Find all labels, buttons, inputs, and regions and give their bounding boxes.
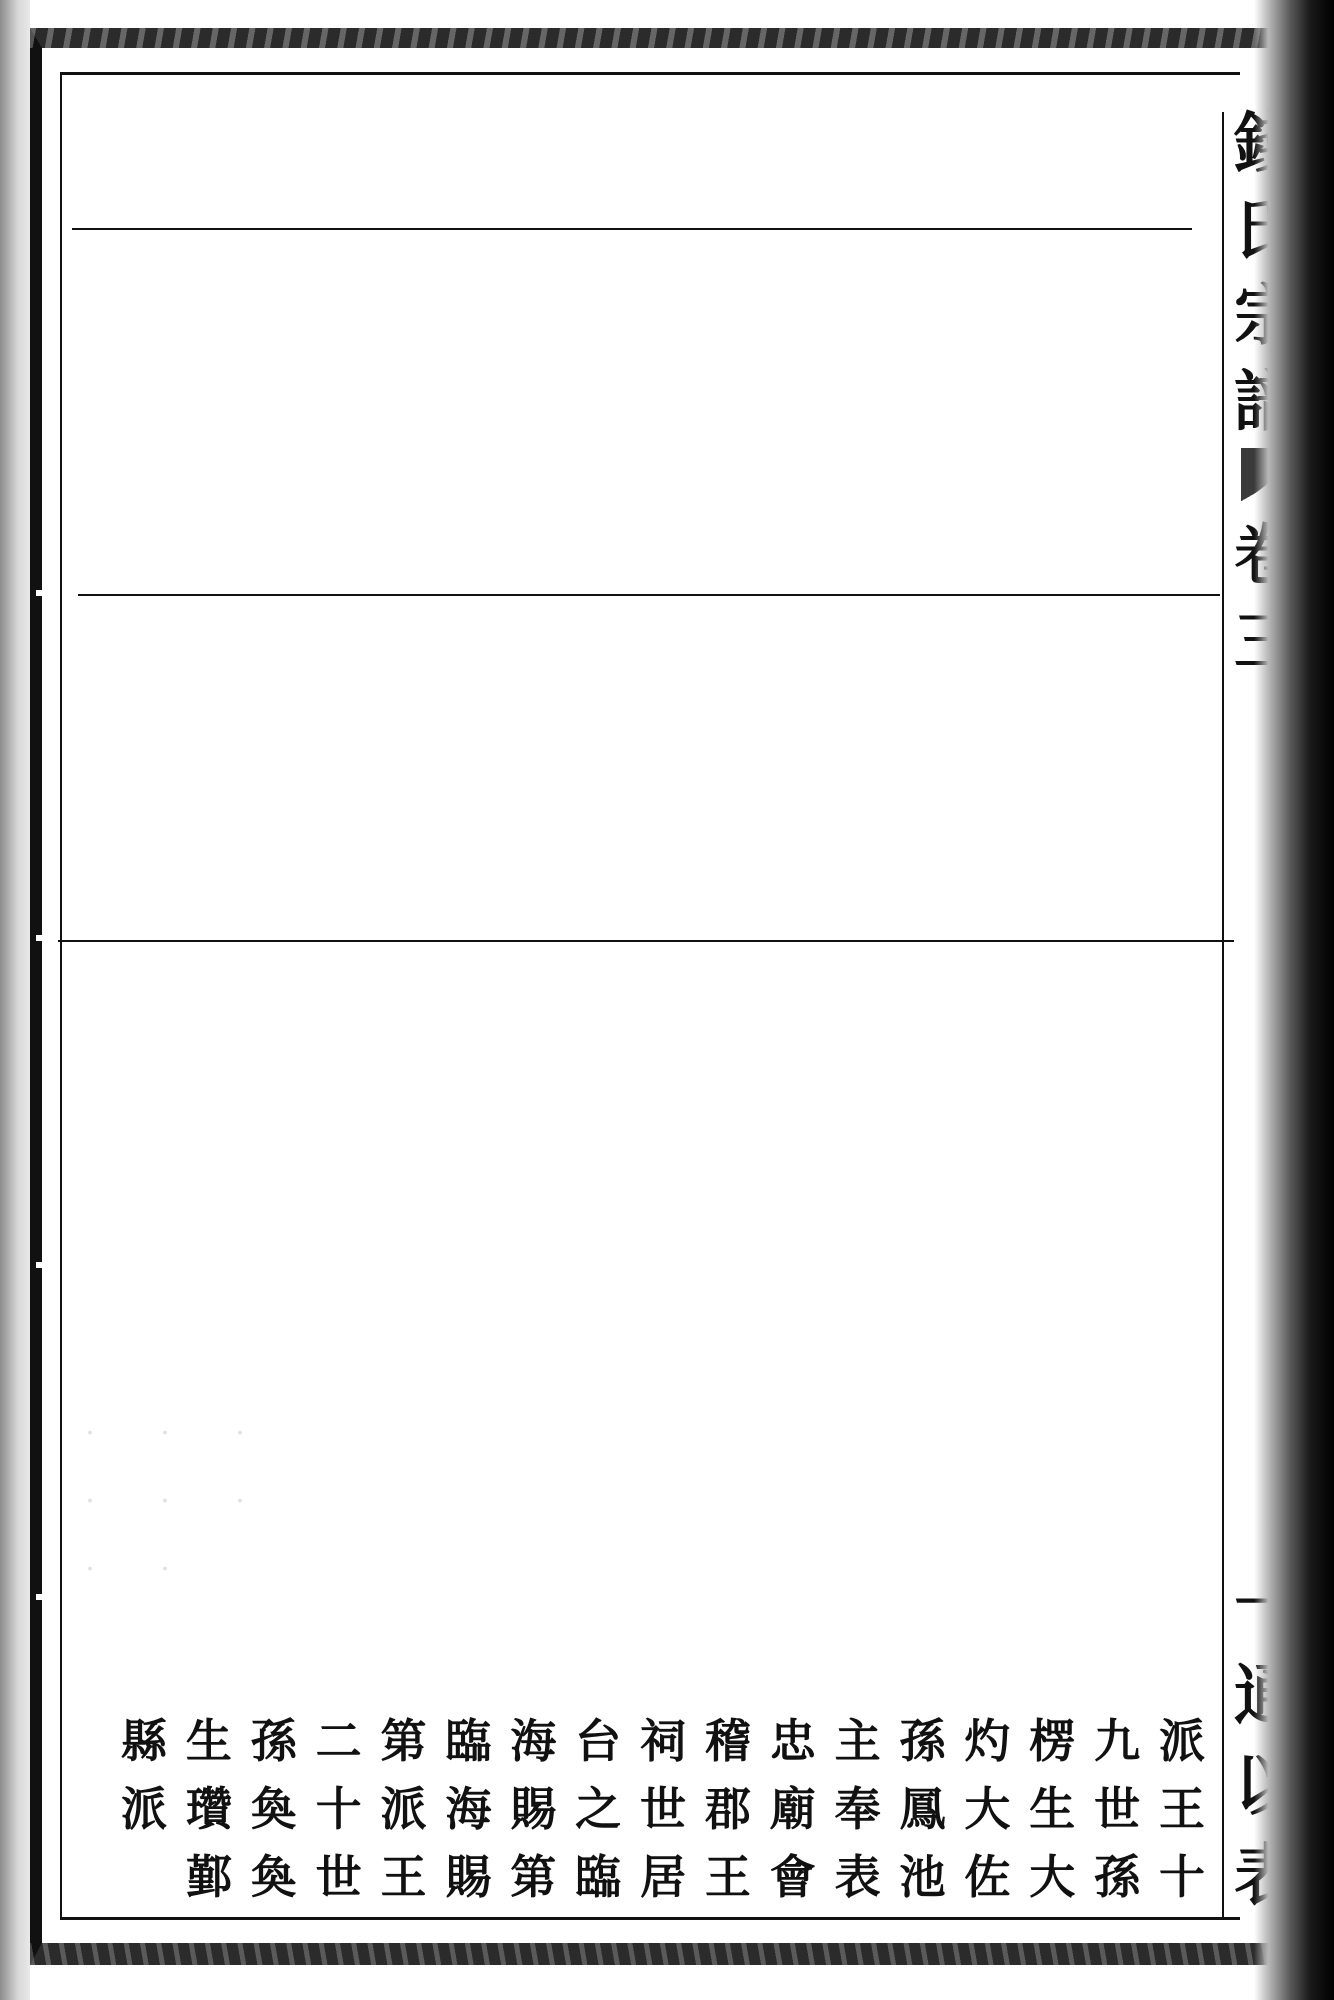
text-char: 之	[572, 1778, 624, 1840]
text-column: 九世孫	[1091, 1710, 1143, 1915]
text-char: 主	[832, 1710, 884, 1772]
text-char: 池	[897, 1846, 949, 1908]
text-column: 生瓚鄞	[183, 1710, 235, 1915]
text-column: 祠世居	[637, 1710, 689, 1915]
inner-printed-frame	[60, 72, 1240, 1920]
text-char: 居	[637, 1846, 689, 1908]
text-column: 孫奐奐	[248, 1710, 300, 1915]
text-char: 瓚	[183, 1778, 235, 1840]
text-char: 楞	[1026, 1710, 1078, 1772]
text-char: 郡	[702, 1778, 754, 1840]
text-char: 生	[1026, 1778, 1078, 1840]
text-column: 縣派	[118, 1710, 170, 1915]
text-char: 奉	[832, 1778, 884, 1840]
text-char: 會	[767, 1846, 819, 1908]
text-column: 二十世	[313, 1710, 365, 1915]
binding-spine-shadow	[1254, 0, 1334, 2000]
lineage-text-block: 派王十九世孫楞生大灼大佐孫鳳池主奉表忠廟會稽郡王祠世居台之臨海賜第臨海賜第派王二…	[118, 1710, 1208, 1915]
text-char: 海	[507, 1710, 559, 1772]
text-column: 第派王	[378, 1710, 430, 1915]
edge-tick-mark	[36, 1594, 44, 1600]
text-column: 楞生大	[1026, 1710, 1078, 1915]
text-char: 二	[313, 1710, 365, 1772]
text-column: 派王十	[1156, 1710, 1208, 1915]
text-char: 忠	[767, 1710, 819, 1772]
text-char: 灼	[961, 1710, 1013, 1772]
text-char: 世	[313, 1846, 365, 1908]
edge-tick-mark	[36, 1262, 44, 1268]
text-char: 奐	[248, 1778, 300, 1840]
text-char: 第	[507, 1846, 559, 1908]
register-divider-1	[72, 228, 1192, 230]
margin-column-rule	[1222, 112, 1224, 1920]
text-char: 第	[378, 1710, 430, 1772]
text-char: 孫	[897, 1710, 949, 1772]
text-char: 生	[183, 1710, 235, 1772]
text-char: 稽	[702, 1710, 754, 1772]
text-column: 忠廟會	[767, 1710, 819, 1915]
text-char: 賜	[442, 1846, 494, 1908]
text-char: 十	[313, 1778, 365, 1840]
register-divider-2	[78, 594, 1220, 596]
text-column: 海賜第	[507, 1710, 559, 1915]
text-column: 灼大佐	[961, 1710, 1013, 1915]
text-char: 大	[961, 1778, 1013, 1840]
text-char: 表	[832, 1846, 884, 1908]
text-char: 派	[118, 1778, 170, 1840]
text-char: 廟	[767, 1778, 819, 1840]
text-char: 王	[378, 1846, 430, 1908]
text-column: 臨海賜	[442, 1710, 494, 1915]
text-column: 稽郡王	[702, 1710, 754, 1915]
text-char: 鳳	[897, 1778, 949, 1840]
text-char: 鄞	[183, 1846, 235, 1908]
text-char: 大	[1026, 1846, 1078, 1908]
text-char: 孫	[248, 1710, 300, 1772]
text-char: 臨	[442, 1710, 494, 1772]
text-char: 十	[1156, 1846, 1208, 1908]
text-char: 奐	[248, 1846, 300, 1908]
text-char: 世	[1091, 1778, 1143, 1840]
text-char: 派	[378, 1778, 430, 1840]
text-char: 縣	[118, 1710, 170, 1772]
text-column: 孫鳳池	[897, 1710, 949, 1915]
text-char: 世	[637, 1778, 689, 1840]
text-char: 九	[1091, 1710, 1143, 1772]
text-column: 台之臨	[572, 1710, 624, 1915]
text-char: 王	[1156, 1778, 1208, 1840]
register-divider-3	[58, 940, 1234, 942]
text-char: 孫	[1091, 1846, 1143, 1908]
text-char: 祠	[637, 1710, 689, 1772]
text-column: 主奉表	[832, 1710, 884, 1915]
text-char: 派	[1156, 1710, 1208, 1772]
text-char: 佐	[961, 1846, 1013, 1908]
edge-tick-mark	[36, 590, 44, 596]
text-char: 臨	[572, 1846, 624, 1908]
text-char: 海	[442, 1778, 494, 1840]
binding-edge-left	[0, 0, 30, 2000]
text-char: 台	[572, 1710, 624, 1772]
bleed-through-text: ·· ··· ···	[70, 1400, 260, 1610]
text-char: 賜	[507, 1778, 559, 1840]
text-char: 王	[702, 1846, 754, 1908]
edge-tick-mark	[36, 935, 44, 941]
